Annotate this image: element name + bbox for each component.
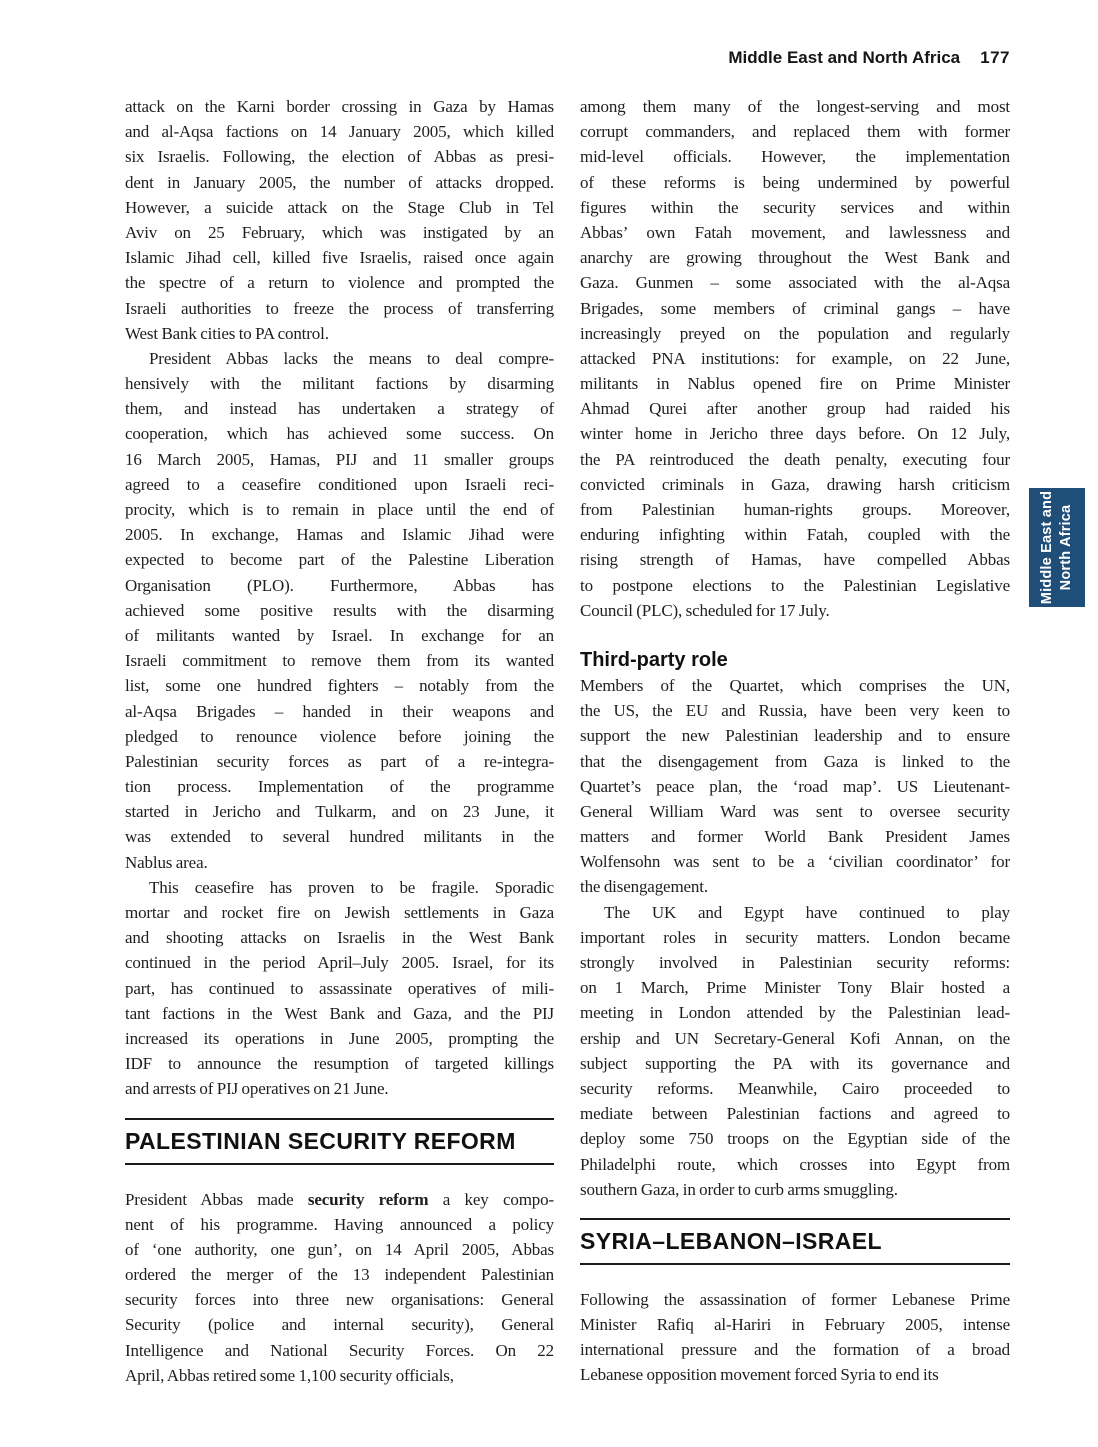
text-line: support the new Palestinian leadership a… bbox=[580, 723, 1010, 748]
text-line: attacked PNA institutions: for example, … bbox=[580, 346, 1010, 371]
text-line: convicted criminals in Gaza, drawing har… bbox=[580, 472, 1010, 497]
running-header-title: Middle East and North Africa bbox=[728, 48, 960, 67]
text-line: that the disengagement from Gaza is link… bbox=[580, 749, 1010, 774]
text-line: Israeli commitment to remove them from i… bbox=[125, 648, 554, 673]
paragraph: attack on the Karni border crossing in G… bbox=[125, 94, 554, 346]
text-line: matters and former World Bank President … bbox=[580, 824, 1010, 849]
text-line: Israeli authorities to freeze the proces… bbox=[125, 296, 554, 321]
text-line: and shooting attacks on Israelis in the … bbox=[125, 925, 554, 950]
paragraph: The UK and Egypt have continued to playi… bbox=[580, 900, 1010, 1202]
text-line: important roles in security matters. Lon… bbox=[580, 925, 1010, 950]
text-line: Nablus area. bbox=[125, 850, 554, 875]
text-line: West Bank cities to PA control. bbox=[125, 321, 554, 346]
text-line: and al-Aqsa factions on 14 January 2005,… bbox=[125, 119, 554, 144]
text-line: mid-level officials. However, the implem… bbox=[580, 144, 1010, 169]
section-heading: PALESTINIAN SECURITY REFORM bbox=[125, 1118, 554, 1165]
left-column: attack on the Karni border crossing in G… bbox=[125, 94, 554, 1388]
text-line: meeting in London attended by the Palest… bbox=[580, 1000, 1010, 1025]
text-line: from Palestinian human-rights groups. Mo… bbox=[580, 497, 1010, 522]
running-header: Middle East and North Africa177 bbox=[125, 48, 1010, 68]
text-line: security reforms. Meanwhile, Cairo proce… bbox=[580, 1076, 1010, 1101]
text-line: list, some one hundred fighters – notabl… bbox=[125, 673, 554, 698]
text-line: Lebanese opposition movement forced Syri… bbox=[580, 1362, 1010, 1387]
text-line: anarchy are growing throughout the West … bbox=[580, 245, 1010, 270]
text-line: Council (PLC), scheduled for 17 July. bbox=[580, 598, 1010, 623]
text-line: international pressure and the formation… bbox=[580, 1337, 1010, 1362]
text-line: the US, the EU and Russia, have been ver… bbox=[580, 698, 1010, 723]
text-line: subject supporting the PA with its gover… bbox=[580, 1051, 1010, 1076]
text-line: nent of his programme. Having announced … bbox=[125, 1212, 554, 1237]
text-line: al-Aqsa Brigades – handed in their weapo… bbox=[125, 699, 554, 724]
text-line: winter home in Jericho three days before… bbox=[580, 421, 1010, 446]
text-line: achieved some positive results with the … bbox=[125, 598, 554, 623]
text-line: General William Ward was sent to oversee… bbox=[580, 799, 1010, 824]
text-line: ership and UN Secretary-General Kofi Ann… bbox=[580, 1026, 1010, 1051]
chapter-side-tab-label: Middle East and North Africa bbox=[1029, 488, 1085, 607]
text-line: to postpone elections to the Palestinian… bbox=[580, 573, 1010, 598]
text-line: 2005. In exchange, Hamas and Islamic Jih… bbox=[125, 522, 554, 547]
paragraph: among them many of the longest-serving a… bbox=[580, 94, 1010, 623]
text-line: Quartet’s peace plan, the ‘road map’. US… bbox=[580, 774, 1010, 799]
text-line: southern Gaza, in order to curb arms smu… bbox=[580, 1177, 1010, 1202]
text-line: rising strength of Hamas, have compelled… bbox=[580, 547, 1010, 572]
text-line: mortar and rocket fire on Jewish settlem… bbox=[125, 900, 554, 925]
text-line: of militants wanted by Israel. In exchan… bbox=[125, 623, 554, 648]
chapter-side-tab: Middle East and North Africa bbox=[1029, 488, 1085, 607]
chapter-side-tab-line1: Middle East and bbox=[1039, 491, 1055, 604]
text-line: on 1 March, Prime Minister Tony Blair ho… bbox=[580, 975, 1010, 1000]
section-heading: SYRIA–LEBANON–ISRAEL bbox=[580, 1218, 1010, 1265]
text-line: cooperation, which has achieved some suc… bbox=[125, 421, 554, 446]
page-number: 177 bbox=[980, 48, 1010, 67]
text-line: Abbas’ own Fatah movement, and lawlessne… bbox=[580, 220, 1010, 245]
text-line: Islamic Jihad cell, killed five Israelis… bbox=[125, 245, 554, 270]
text-line: and arrests of PIJ operatives on 21 June… bbox=[125, 1076, 554, 1101]
text-line: IDF to announce the resumption of target… bbox=[125, 1051, 554, 1076]
text-line: of ‘one authority, one gun’, on 14 April… bbox=[125, 1237, 554, 1262]
text-line: President Abbas lacks the means to deal … bbox=[125, 346, 554, 371]
text-line: Philadelphi route, which crosses into Eg… bbox=[580, 1152, 1010, 1177]
text-line: Following the assassination of former Le… bbox=[580, 1287, 1010, 1312]
text-line: tion process. Implementation of the prog… bbox=[125, 774, 554, 799]
text-line: Intelligence and National Security Force… bbox=[125, 1338, 554, 1363]
text-line: The UK and Egypt have continued to play bbox=[580, 900, 1010, 925]
text-line: Brigades, some members of criminal gangs… bbox=[580, 296, 1010, 321]
right-column: among them many of the longest-serving a… bbox=[580, 94, 1010, 1388]
text-line: President Abbas made security reform a k… bbox=[125, 1187, 554, 1212]
text-line: corrupt commanders, and replaced them wi… bbox=[580, 119, 1010, 144]
text-line: April, Abbas retired some 1,100 security… bbox=[125, 1363, 554, 1388]
text-line: continued in the period April–July 2005.… bbox=[125, 950, 554, 975]
text-line: Members of the Quartet, which comprises … bbox=[580, 673, 1010, 698]
text-line: deploy some 750 troops on the Egyptian s… bbox=[580, 1126, 1010, 1151]
text-line: agreed to a ceasefire conditioned upon I… bbox=[125, 472, 554, 497]
chapter-side-tab-line2: North Africa bbox=[1058, 505, 1074, 591]
text-line: was extended to several hundred militant… bbox=[125, 824, 554, 849]
subsection-heading: Third-party role bbox=[580, 647, 1010, 673]
text-line: security forces into three new organisat… bbox=[125, 1287, 554, 1312]
text-line: attack on the Karni border crossing in G… bbox=[125, 94, 554, 119]
paragraph: President Abbas lacks the means to deal … bbox=[125, 346, 554, 875]
book-page: Middle East and North Africa177 attack o… bbox=[0, 0, 1098, 1447]
text-line: of these reforms is being undermined by … bbox=[580, 170, 1010, 195]
text-line: militants in Nablus opened fire on Prime… bbox=[580, 371, 1010, 396]
text-line: among them many of the longest-serving a… bbox=[580, 94, 1010, 119]
text-line: the disengagement. bbox=[580, 874, 1010, 899]
text-line: increasingly preyed on the population an… bbox=[580, 321, 1010, 346]
text-line: started in Jericho and Tulkarm, and on 2… bbox=[125, 799, 554, 824]
text-line: procity, which is to remain in place unt… bbox=[125, 497, 554, 522]
text-line: increased its operations in June 2005, p… bbox=[125, 1026, 554, 1051]
text-line: Palestinian security forces as part of a… bbox=[125, 749, 554, 774]
text-line: pledged to renounce violence before join… bbox=[125, 724, 554, 749]
text-line: them, and instead has undertaken a strat… bbox=[125, 396, 554, 421]
text-line: dent in January 2005, the number of atta… bbox=[125, 170, 554, 195]
text-line: mediate between Palestinian factions and… bbox=[580, 1101, 1010, 1126]
text-line: the spectre of a return to violence and … bbox=[125, 270, 554, 295]
text-line: Security (police and internal security),… bbox=[125, 1312, 554, 1337]
text-line: Gaza. Gunmen – some associated with the … bbox=[580, 270, 1010, 295]
text-line: strongly involved in Palestinian securit… bbox=[580, 950, 1010, 975]
text-line: This ceasefire has proven to be fragile.… bbox=[125, 875, 554, 900]
text-line: Ahmad Qurei after another group had raid… bbox=[580, 396, 1010, 421]
paragraph: President Abbas made security reform a k… bbox=[125, 1187, 554, 1389]
text-line: Wolfensohn was sent to be a ‘civilian co… bbox=[580, 849, 1010, 874]
text-line: expected to become part of the Palestine… bbox=[125, 547, 554, 572]
text-line: tant factions in the West Bank and Gaza,… bbox=[125, 1001, 554, 1026]
text-line: 16 March 2005, Hamas, PIJ and 11 smaller… bbox=[125, 447, 554, 472]
text-line: Minister Rafiq al-Hariri in February 200… bbox=[580, 1312, 1010, 1337]
paragraph: Members of the Quartet, which comprises … bbox=[580, 673, 1010, 900]
paragraph: This ceasefire has proven to be fragile.… bbox=[125, 875, 554, 1102]
paragraph: Following the assassination of former Le… bbox=[580, 1287, 1010, 1388]
text-line: enduring infighting within Fatah, couple… bbox=[580, 522, 1010, 547]
text-line: hensively with the militant factions by … bbox=[125, 371, 554, 396]
text-line: Organisation (PLO). Furthermore, Abbas h… bbox=[125, 573, 554, 598]
text-line: part, has continued to assassinate opera… bbox=[125, 976, 554, 1001]
text-line: Aviv on 25 February, which was instigate… bbox=[125, 220, 554, 245]
text-line: However, a suicide attack on the Stage C… bbox=[125, 195, 554, 220]
text-line: the PA reintroduced the death penalty, e… bbox=[580, 447, 1010, 472]
text-line: ordered the merger of the 13 independent… bbox=[125, 1262, 554, 1287]
text-line: six Israelis. Following, the election of… bbox=[125, 144, 554, 169]
text-line: figures within the security services and… bbox=[580, 195, 1010, 220]
